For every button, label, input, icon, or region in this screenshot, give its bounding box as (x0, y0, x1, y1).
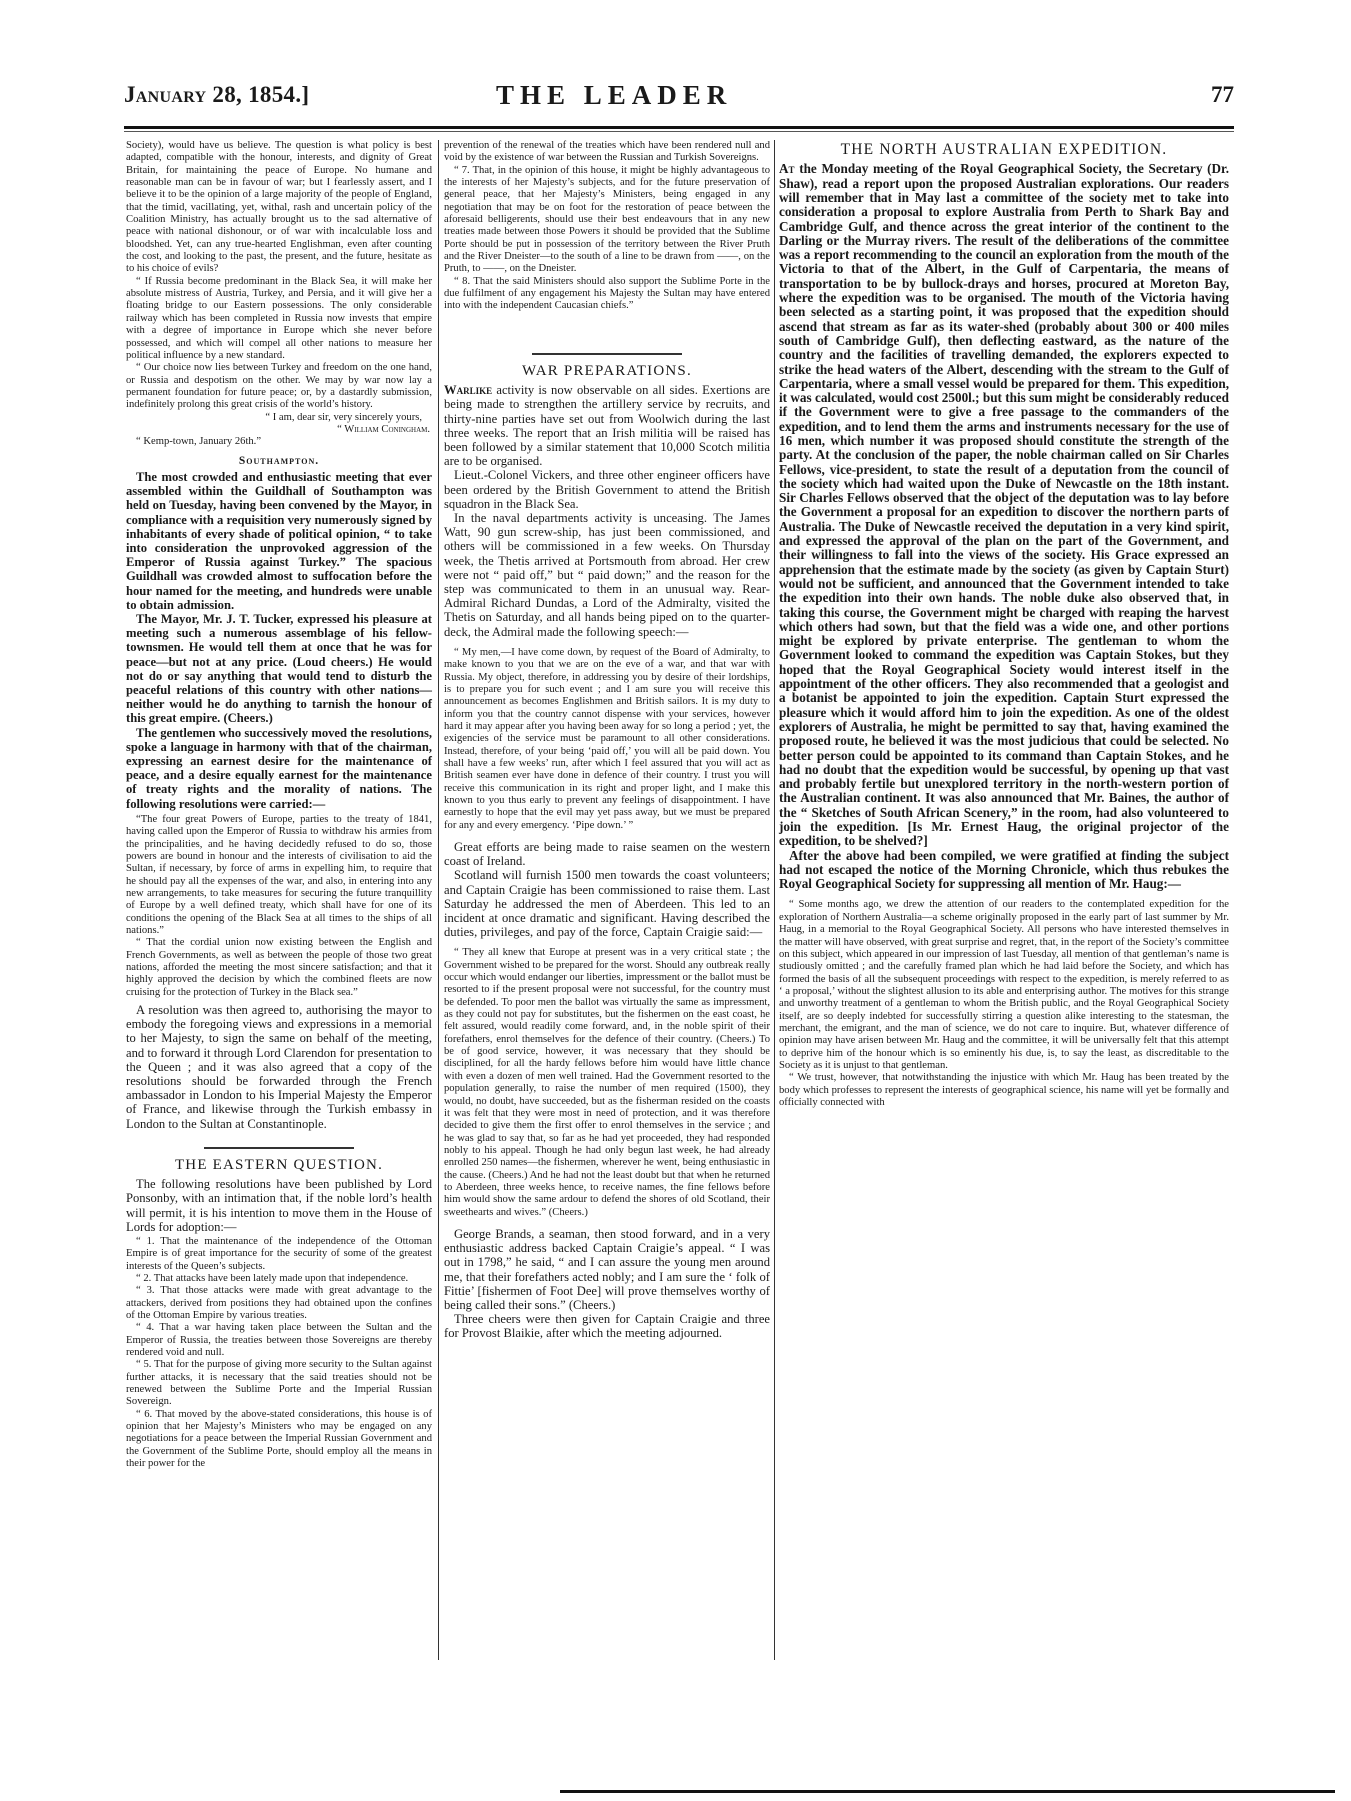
resolution: “ 7. That, in the opinion of this house,… (444, 165, 770, 276)
war-preparations-body-2: Great efforts are being made to raise se… (444, 840, 770, 939)
paragraph: The following resolutions have been publ… (126, 1177, 432, 1234)
morning-chronicle-quote: “ Some months ago, we drew the attention… (779, 899, 1229, 1109)
masthead: January 28, 1854.] THE LEADER 77 (124, 78, 1234, 114)
southampton-report: The most crowded and enthusiastic meetin… (126, 470, 432, 811)
quotation: “ We trust, however, that notwithstandin… (779, 1072, 1229, 1109)
page-number: 77 (1211, 82, 1234, 108)
paragraph: Society), would have us believe. The que… (126, 140, 432, 276)
section-heading-eastern-question: THE EASTERN QUESTION. (126, 1159, 432, 1171)
section-separator (532, 353, 682, 355)
column-3: THE NORTH AUSTRALIAN EXPEDITION. At the … (779, 140, 1229, 1109)
quotation: “ Some months ago, we drew the attention… (779, 899, 1229, 1072)
column-1: Society), would have us believe. The que… (126, 140, 432, 1470)
paragraph: In the naval departments activity is unc… (444, 511, 770, 639)
paragraph: Scotland will furnish 1500 men towards t… (444, 868, 770, 939)
resolution: prevention of the renewal of the treatie… (444, 140, 770, 165)
paragraph: George Brands, a seaman, then stood forw… (444, 1227, 770, 1312)
paragraph: The gentlemen who successively moved the… (126, 726, 432, 811)
north-australian-body: At the Monday meeting of the Royal Geogr… (779, 162, 1229, 891)
column-2: prevention of the renewal of the treatie… (444, 140, 770, 1341)
quotation: “ They all knew that Europe at present w… (444, 947, 770, 1219)
issue-date: January 28, 1854.] (124, 82, 309, 108)
paragraph: Great efforts are being made to raise se… (444, 840, 770, 868)
resolution: “ 3. That those attacks were made with g… (126, 1285, 432, 1322)
coningham-letter: Society), would have us believe. The que… (126, 140, 432, 449)
resolution: “ 5. That for the purpose of giving more… (126, 1359, 432, 1408)
paragraph: A resolution was then agreed to, authori… (126, 1003, 432, 1131)
paragraph: Warlike activity is now observable on al… (444, 383, 770, 468)
paragraph: “ If Russia become predominant in the Bl… (126, 276, 432, 362)
section-separator (204, 1147, 354, 1149)
war-preparations-body: Warlike activity is now observable on al… (444, 383, 770, 639)
section-heading-war-preparations: WAR PREPARATIONS. (444, 365, 770, 377)
resolution: “ 6. That moved by the above-stated cons… (126, 1409, 432, 1471)
paragraph: The most crowded and enthusiastic meetin… (126, 470, 432, 612)
letter-dateline: “ Kemp-town, January 26th.” (126, 436, 432, 448)
paragraph: Three cheers were then given for Captain… (444, 1312, 770, 1340)
southampton-resolutions: “The four great Powers of Europe, partie… (126, 814, 432, 999)
newspaper-page: January 28, 1854.] THE LEADER 77 Society… (0, 0, 1351, 1801)
masthead-rule (124, 126, 1234, 129)
ponsonby-resolutions: “ 1. That the maintenance of the indepen… (126, 1236, 432, 1471)
paragraph: After the above had been compiled, we we… (779, 849, 1229, 892)
newspaper-title: THE LEADER (496, 80, 732, 111)
quotation: “ My men,—I have come down, by request o… (444, 647, 770, 832)
eastern-question-intro: The following resolutions have been publ… (126, 1177, 432, 1234)
southampton-closing: A resolution was then agreed to, authori… (126, 1003, 432, 1131)
paragraph: “ Our choice now lies between Turkey and… (126, 362, 432, 411)
eastern-question-continued: prevention of the renewal of the treatie… (444, 140, 770, 313)
resolution: “ 2. That attacks have been lately made … (126, 1273, 432, 1285)
letter-signature: “ William Coningham. (126, 424, 432, 436)
war-preparations-closing: George Brands, a seaman, then stood forw… (444, 1227, 770, 1341)
paragraph: At the Monday meeting of the Royal Geogr… (779, 162, 1229, 848)
section-heading-north-australian-expedition: THE NORTH AUSTRALIAN EXPEDITION. (779, 144, 1229, 156)
craigie-speech: “ They all knew that Europe at present w… (444, 947, 770, 1219)
resolution: “The four great Powers of Europe, partie… (126, 814, 432, 937)
resolution: “ That the cordial union now existing be… (126, 937, 432, 999)
paragraph: The Mayor, Mr. J. T. Tucker, expressed h… (126, 612, 432, 726)
letter-closing: “ I am, dear sir, very sincerely yours, (126, 412, 432, 424)
resolution: “ 8. That the said Ministers should also… (444, 276, 770, 313)
resolution: “ 4. That a war having taken place betwe… (126, 1322, 432, 1359)
lead-word: Warlike (444, 383, 492, 397)
lead-word: At (779, 161, 795, 176)
masthead-rule-thin (124, 131, 1234, 132)
paragraph: Lieut.-Colonel Vickers, and three other … (444, 468, 770, 511)
bottom-rule (560, 1790, 1335, 1793)
resolution: “ 1. That the maintenance of the indepen… (126, 1236, 432, 1273)
admiral-speech: “ My men,—I have come down, by request o… (444, 647, 770, 832)
column-divider (438, 140, 439, 1660)
column-divider (774, 140, 775, 1660)
section-subhead-southampton: Southampton. (126, 455, 432, 467)
